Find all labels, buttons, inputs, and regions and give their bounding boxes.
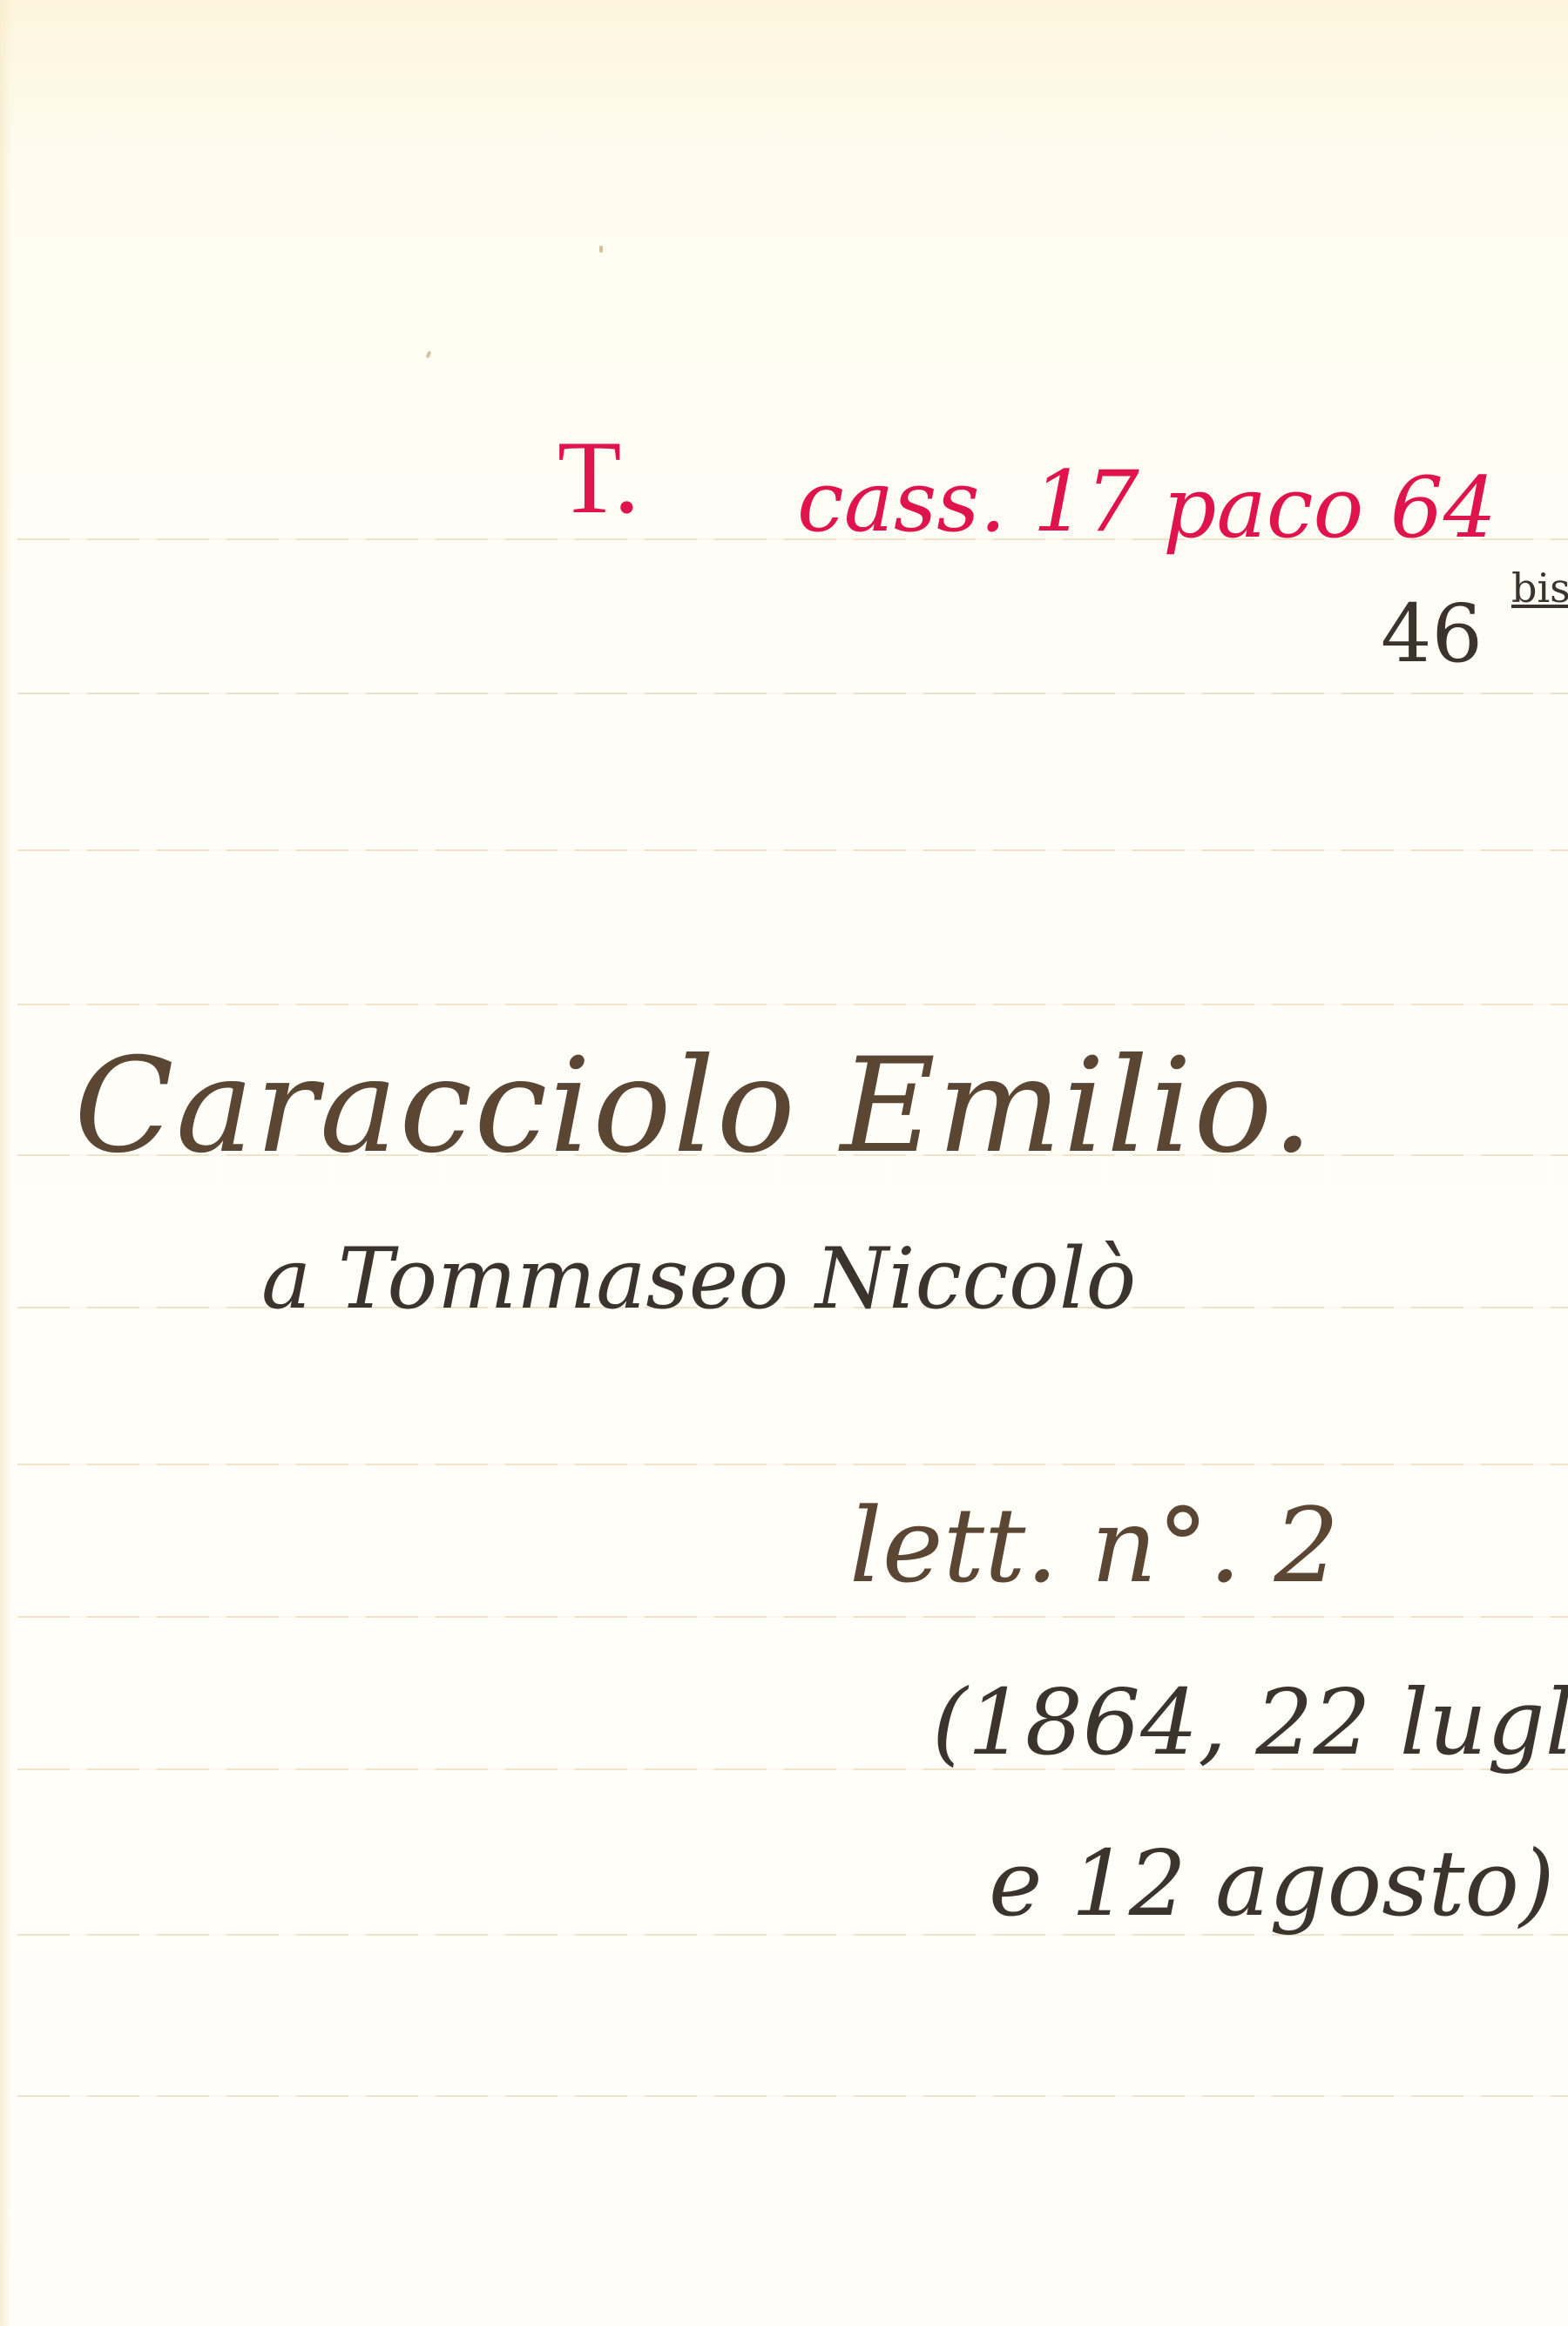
dates-line-1: (1864, 22 luglio bbox=[932, 1677, 1568, 1768]
recipient-name: a Tommaseo Niccolò bbox=[261, 1237, 1136, 1321]
ruled-line bbox=[17, 1464, 1568, 1465]
ruled-line bbox=[17, 849, 1568, 851]
ruled-line bbox=[17, 1616, 1568, 1618]
shelf-number: 46 bis bbox=[1381, 594, 1483, 674]
index-card: T. cass. 17 paco 64 46 bis Caracciolo Em… bbox=[0, 0, 1568, 2326]
cassetta-label: cass. 17 bbox=[797, 460, 1139, 544]
shelf-number-suffix: bis bbox=[1511, 568, 1568, 608]
sender-name: Caracciolo Emilio. bbox=[74, 1041, 1315, 1172]
letters-count: lett. n°. 2 bbox=[849, 1494, 1340, 1597]
ruled-line bbox=[17, 693, 1568, 694]
ruled-line bbox=[17, 2095, 1568, 2097]
dates-line-2: e 12 agosto) bbox=[989, 1838, 1555, 1929]
ruled-line bbox=[17, 1004, 1568, 1005]
shelf-number-value: 46 bbox=[1381, 587, 1483, 680]
paco-label: paco 64 bbox=[1163, 466, 1497, 550]
collection-mark: T. bbox=[558, 425, 639, 530]
paper-speck bbox=[425, 351, 431, 359]
paper-speck bbox=[599, 246, 603, 253]
